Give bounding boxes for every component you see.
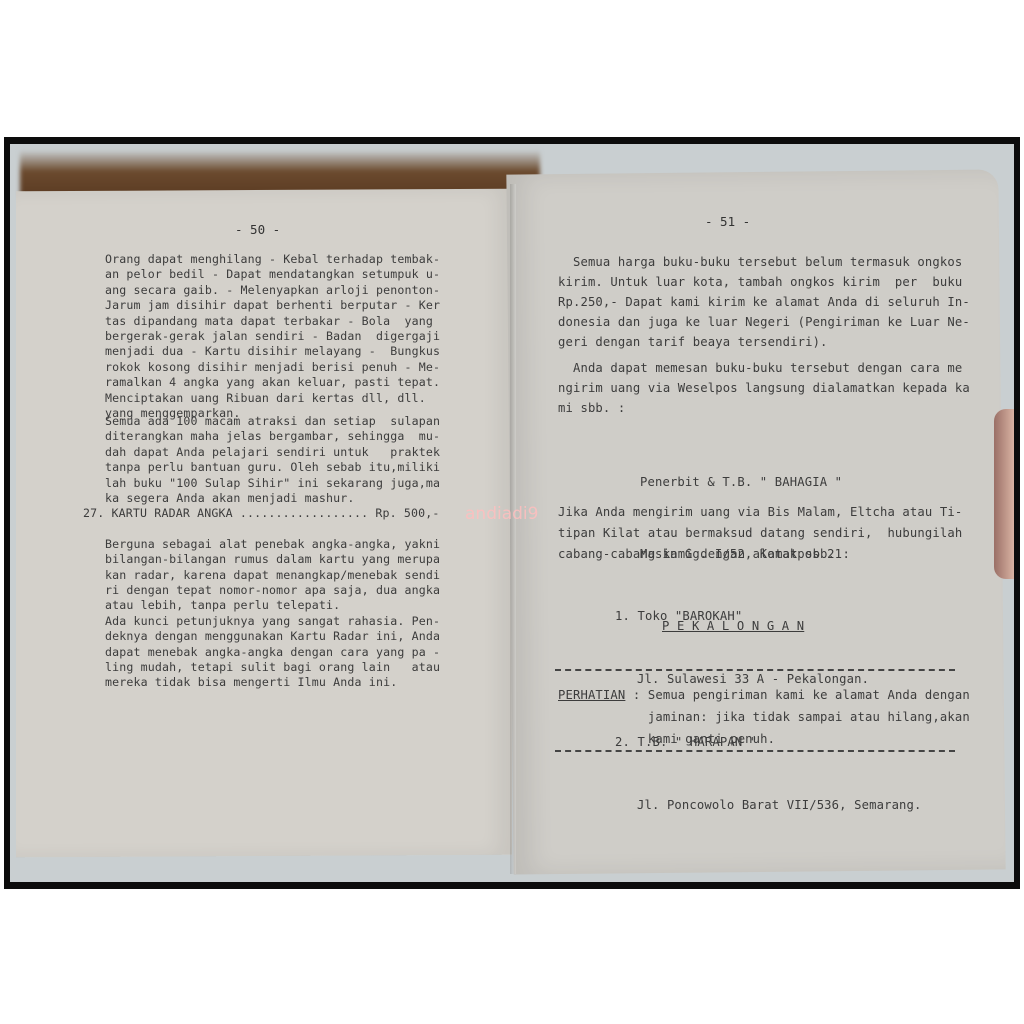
item-title: KARTU RADAR ANGKA .................. <box>112 506 369 520</box>
item-number: 27. <box>83 506 104 520</box>
notice-label: PERHATIAN <box>558 688 625 702</box>
right-paragraph-2: Anda dapat memesan buku-buku tersebut de… <box>558 358 970 418</box>
left-paragraph-1: Orang dapat menghilang - Kebal terhadap … <box>105 252 440 421</box>
branch-1: 1. Toko "BAROKAH" <box>615 606 922 627</box>
right-paragraph-1: Semua harga buku-buku tersebut belum ter… <box>558 252 970 352</box>
item-price: Rp. 500,- <box>375 506 439 520</box>
catalog-item-27: 27. KARTU RADAR ANGKA ..................… <box>83 506 440 722</box>
page-number-right: - 51 - <box>705 214 750 229</box>
branch-number: 1. <box>615 609 630 623</box>
right-paragraph-3: Jika Anda mengirim uang via Bis Malam, E… <box>558 502 962 565</box>
left-paragraph-2: Semua ada 100 macam atraksi dan setiap s… <box>105 414 440 506</box>
watermark: andiadi9 <box>465 504 538 524</box>
notice-separator: : <box>625 688 647 702</box>
book-spine <box>510 184 516 874</box>
notice-block: PERHATIAN : Semua pengiriman kami ke ala… <box>558 684 970 750</box>
dashed-divider-top <box>555 669 955 671</box>
publisher-name: Penerbit & T.B. " BAHAGIA " <box>640 470 842 494</box>
page-number-left: - 50 - <box>235 222 280 237</box>
branch-2-address: Jl. Poncowolo Barat VII/536, Semarang. <box>637 795 922 816</box>
book-photo: - 50 - Orang dapat menghilang - Kebal te… <box>10 144 1014 882</box>
holding-finger <box>994 409 1014 579</box>
item-description: Berguna sebagai alat penebak angka-angka… <box>105 537 440 691</box>
dashed-divider-bottom <box>555 750 955 752</box>
branch-name: Toko "BAROKAH" <box>637 609 742 623</box>
